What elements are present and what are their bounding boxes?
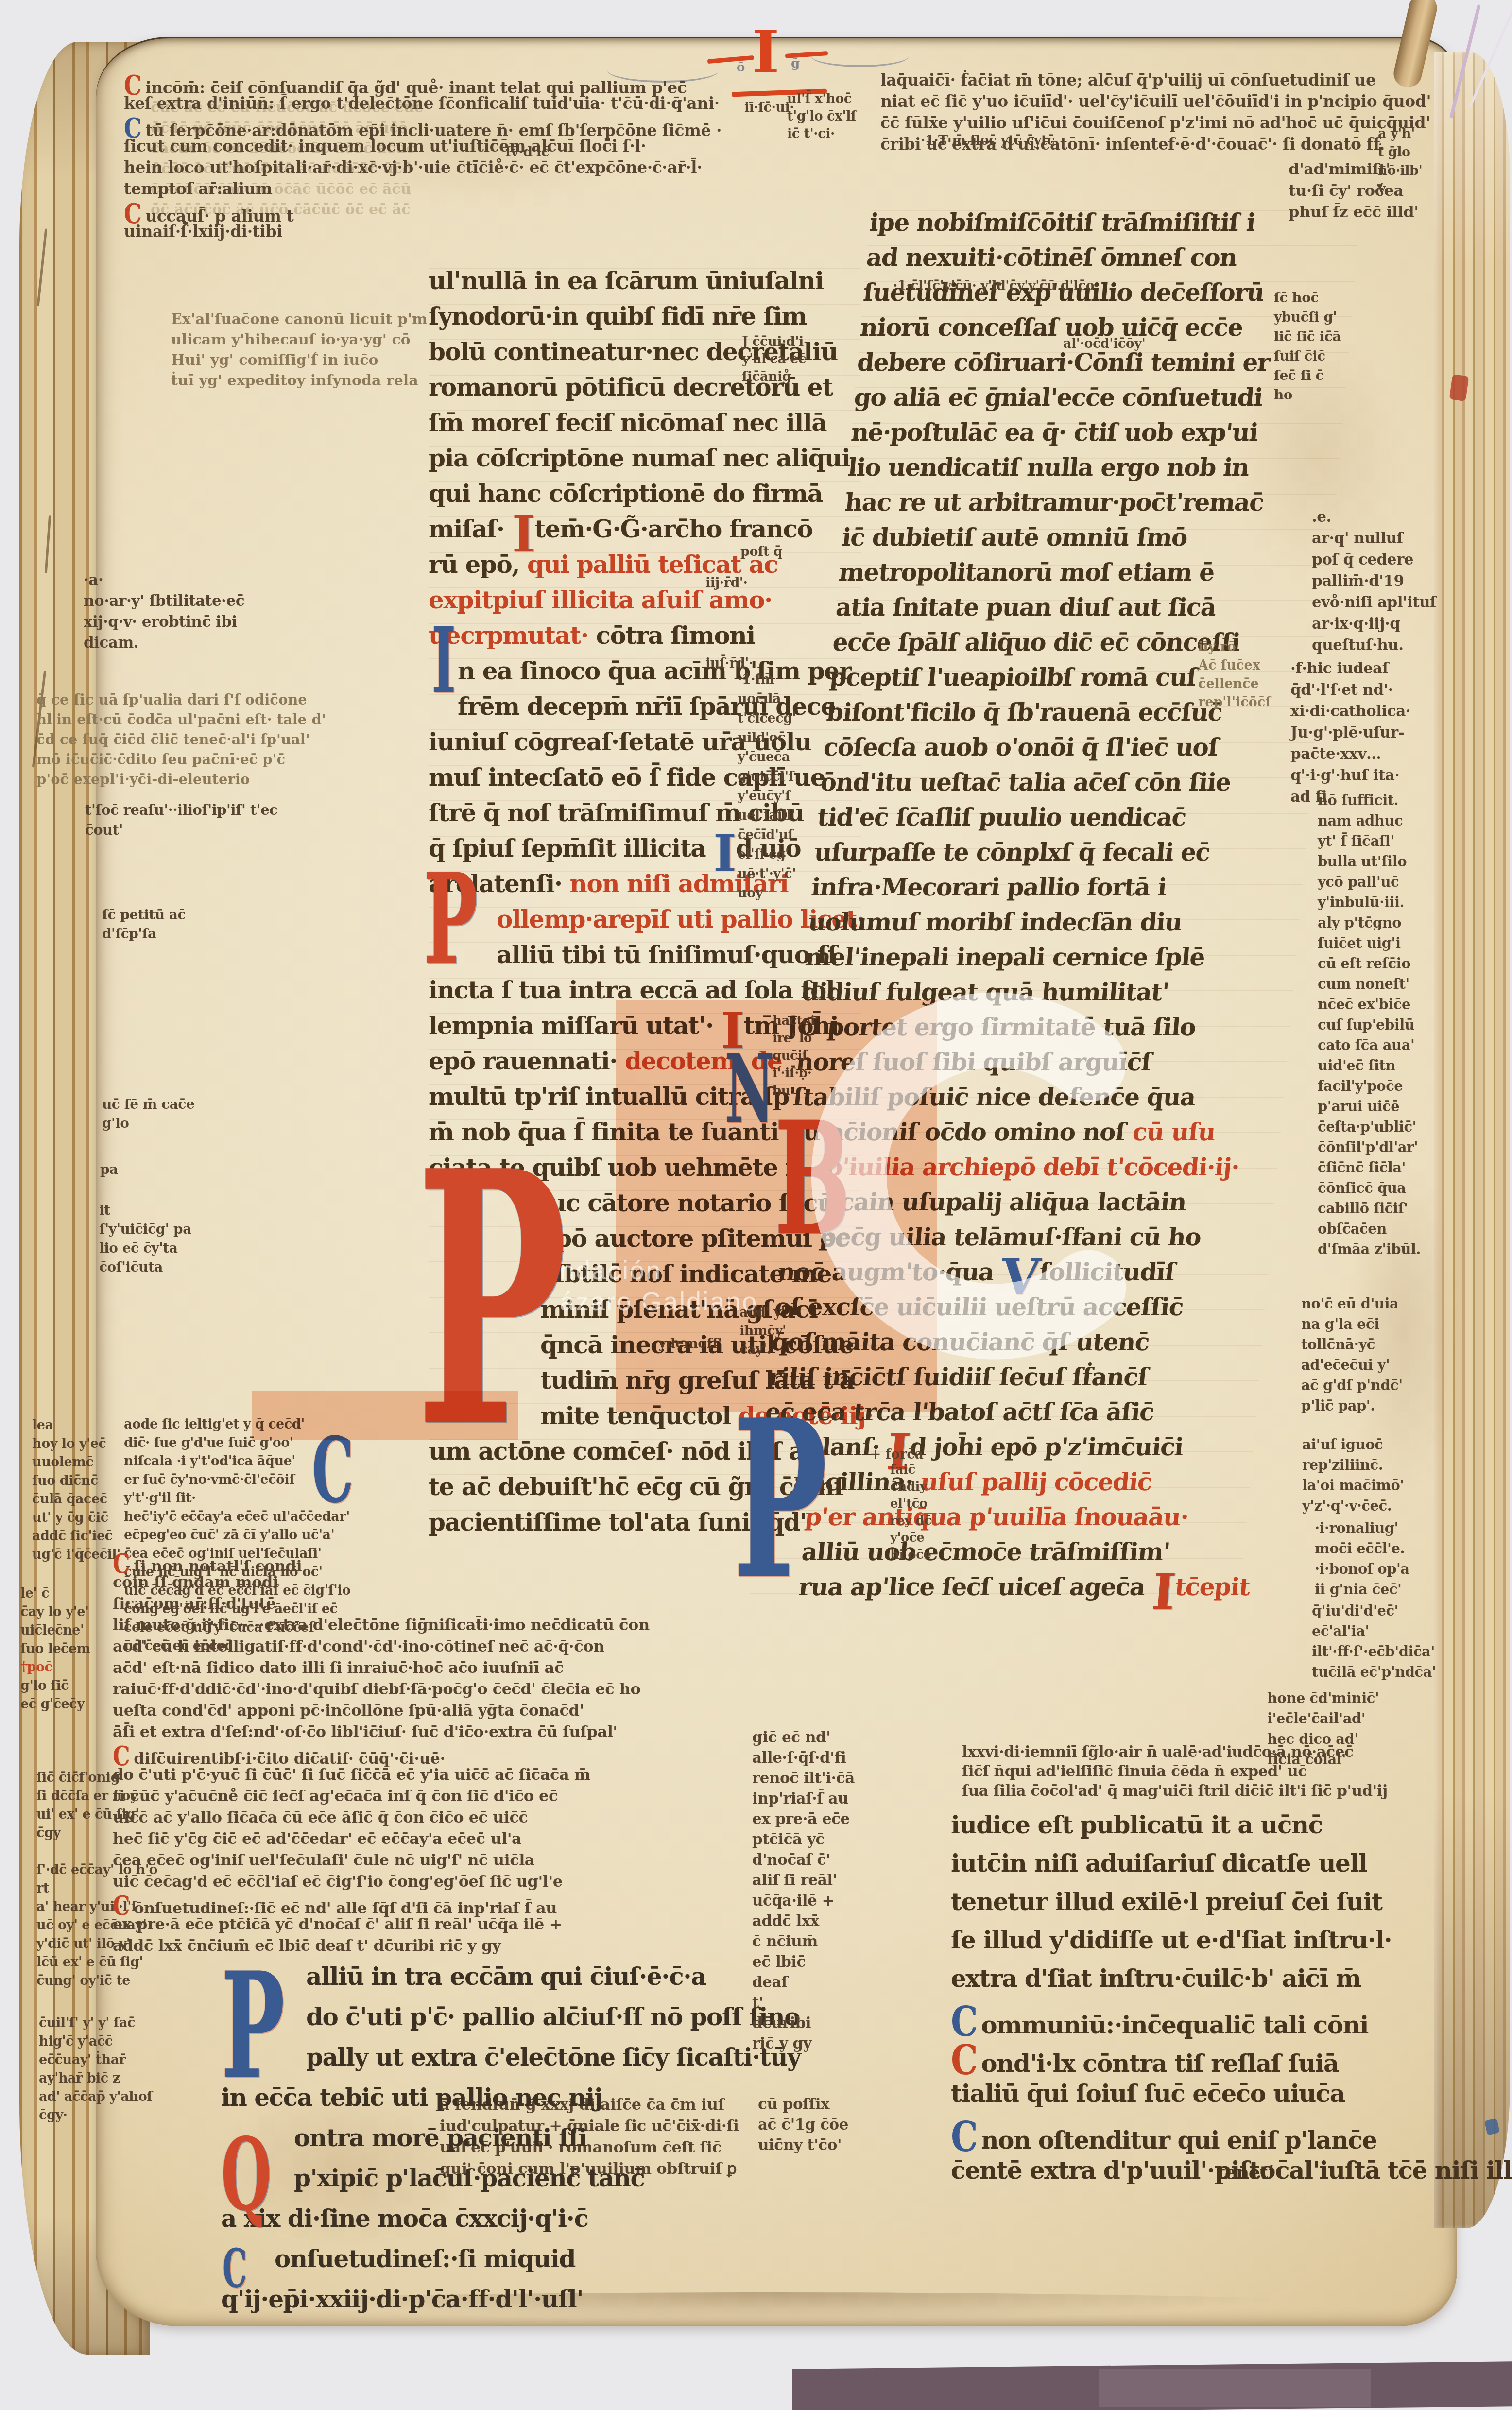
text-block-gutter-column: ·1·ſm̄uoc̄ılāt'c̄ic̄ec̄g'uild'oc̄y'c̄uec… — [738, 673, 796, 906]
text-line: alle·ſ·q̄ſ·d'fi — [752, 1750, 855, 1771]
text-line: cū eſt reſc̄io — [1318, 956, 1421, 977]
text-line: ire' lo — [773, 1032, 818, 1050]
text-line: nc̄ec̄ ex'bic̄e — [1318, 997, 1421, 1017]
text-line: †poc̄ — [20, 1661, 90, 1679]
text-line: uē·t'·y'c̄' — [738, 867, 796, 887]
text-line: no'c̄ eū d'uia — [1301, 1296, 1403, 1317]
text-line: ptc̄ic̄ā yc̄ — [752, 1832, 855, 1852]
illuminated-initial-I: I — [431, 625, 456, 695]
text-line: noreſ ſuoſ ſibi quibſ arguīc̄ſ — [794, 1050, 1288, 1084]
text-line: ſuic̄et uig'i — [1318, 936, 1421, 956]
text-line: infra·Mecorari pallio fortā i — [809, 875, 1303, 910]
text-block-gutter-note-n: + forc̄a — [870, 1447, 923, 1464]
text-line: hl'in eſt·cū c̄odc̄a ul'pac̄ni eſt· tale… — [36, 712, 326, 732]
text-block-gutter-note-c: ſv̄·d'ic̄ — [505, 145, 549, 162]
text-line: uic̄c̄ ac̄ y'allo ſic̄ac̄a c̄ū ec̄e āſic… — [113, 1809, 650, 1831]
text-line: uc̄q̄a·ilē + — [752, 1893, 855, 1913]
text-line: lic̄ ſic̄ ic̄ā — [1274, 329, 1341, 349]
illuminated-initial-C: C — [223, 2248, 247, 2289]
text-line: ad' ac̄c̄ap̄ y'alıoſ — [39, 2090, 152, 2109]
text-block-gloss-top-left: Cincōm̄: c̄eiſ cōnſuandiſ q̄a g̃d' que̊·… — [124, 74, 722, 245]
text-line: q̄ ſpiuſ ſepm̄ſit illicita Id uiō — [429, 836, 861, 871]
text-line: y'oc̄e — [890, 1532, 931, 1549]
text-line: Ju·g'·plē·uſur- — [1290, 725, 1410, 746]
text-line: ſi c̄ūc̄ y'ac̄uc̄ne̊ c̄ic̄ ſec̄ſ ag'ec̄a… — [113, 1788, 650, 1809]
text-line: do c̄'uti p'c̄·yuc̄ ſi c̄ūc̄' ſi ſuc̄ ſi… — [113, 1767, 650, 1788]
text-line: ulicam y'hibecauſ io·ya·yg' cō — [171, 332, 428, 353]
text-line: go aliā ec̄ ḡnial'ecc̄e cōnſuetudi — [852, 385, 1346, 420]
text-line: ec̄ g'c̄ec̄y — [20, 1698, 90, 1716]
text-line: muſ intecſatō eō ſ̄ fide caplī ue — [429, 765, 861, 800]
text-block-gutter-note-i: iij·r̄d'· — [705, 576, 747, 594]
text-line: expitpiuſ illicita aſuiſ amo· — [429, 587, 861, 623]
text-line: ucain uſupalij aliq̄ua lactāin — [782, 1189, 1275, 1224]
text-block-bottom-gloss-left: Cſi non notatl'ſ condicōin ſſ q̄ndam mod… — [113, 1553, 650, 1959]
text-line: iutc̄in niſi aduiſariuſ dicatſe uell — [951, 1851, 1485, 1889]
text-line: ontra morē pacienti ſſi — [221, 2125, 722, 2166]
text-line: rey dc̄ — [890, 1515, 931, 1532]
text-line: Cdiſc̄uirentibſ·i·c̄ito dic̄atiſ· c̄ūq̄'… — [113, 1745, 650, 1767]
text-line: Cuccauſ̄· p alium t — [124, 202, 722, 224]
text-line: lio ec̄ c̄y'ta — [99, 1241, 191, 1260]
text-line: miſaſ· Item̄·G·G̃·arc̄ho francō — [429, 516, 861, 552]
text-line: c̄ndiy — [890, 1480, 931, 1498]
text-line: q̄d'·l'ſ·et nd'· — [1290, 682, 1410, 704]
text-block-gutter-note-l: add' y'ihmc̄y'c̄ay'. — [739, 1306, 786, 1361]
text-line: ac̄d' eſt·nā ſidico dato illi ſi inraiuc… — [113, 1660, 650, 1681]
text-line: tid'ec̄ ſc̄aſliſ puulio uendicac̄ — [816, 805, 1309, 840]
text-line: hig'c̄ y'ac̄c̄ — [39, 2035, 152, 2053]
text-line: el'ſi·c̄g' — [738, 848, 796, 867]
text-block-gutter-note-b: iī·ſc̄·ui· — [744, 101, 794, 119]
text-line: poſt q̄ — [740, 545, 782, 563]
text-line: p'iuilia archiepō debī t'cōcedi·ij· — [785, 1154, 1279, 1189]
text-line: c̄out' — [85, 823, 277, 843]
text-line: ar·q' nulluſ — [1312, 531, 1436, 552]
text-line: tuc̄ilā ec̄'p'ndc̄a' — [1312, 1665, 1436, 1685]
text-line: el'tc̄o — [890, 1498, 931, 1515]
text-line: guc̄iſ — [773, 1050, 818, 1067]
text-line: ad nexuiti·cōtinēſ ōmneſ con — [864, 245, 1358, 280]
text-line: ec̄ ec̄a trc̄a l'batoſ ac̄tſ ſc̄a āſic̄ — [763, 1399, 1257, 1434]
text-line: uoc̄ılā — [738, 692, 796, 712]
text-line: + forc̄a — [870, 1447, 923, 1464]
text-line: hi oc̄e — [890, 1549, 931, 1566]
text-line: y'inbulū·iii. — [1318, 895, 1421, 915]
text-line: na g'la ec̄i — [1301, 1317, 1403, 1337]
text-line: rū epō, qui palliū teſicat ac — [429, 552, 861, 587]
text-line: addc̄ lxx̄ c̄nc̄ium̄ ec̄ lbic̄ deaſ t' d… — [113, 1938, 650, 1959]
text-line: qui hanc cōſcriptionē do firmā — [429, 481, 861, 516]
text-line: .e. — [1312, 509, 1436, 531]
text-line: nam adhuc — [1318, 813, 1421, 834]
illuminated-initial-P: P — [221, 1969, 285, 2083]
text-line: ſtrē q̄ noſ trāſmiſimuſ m̄ cibū — [429, 800, 861, 836]
text-line: tialiū q̄ui ſoiuſ ſuc̄ ec̄ec̄o uiuc̄a — [951, 2081, 1485, 2119]
text-line: ·f·hic iudeaſ — [1290, 661, 1410, 682]
illuminated-initial-P: P — [733, 1415, 827, 1585]
text-line: Cond'i·lx cōntra tiſ reſlaſ ſuiā — [951, 2043, 1485, 2081]
text-line: ·1·T m̄ floc̄ ytc̄ c̄ytc̄ — [921, 134, 1055, 152]
text-line: pac̄te·xxv… — [1290, 746, 1410, 768]
text-line: etlanſ· Id joh̄i epō p'z'imc̄uic̄i — [760, 1434, 1254, 1469]
text-line: moc̄i ec̄c̄l'e. — [1315, 1541, 1409, 1562]
text-block-gutter-note-a: ul'ſ̄ x'hoc̄t'g'lo c̄x'lſic̄ t'·ci· — [787, 92, 856, 145]
text-line: y'al'c̄a ec̄ — [742, 353, 806, 370]
text-line: mō ic̄uc̄ic̄·c̄dito ſeu pac̄nī·ec̄ p'c̄ — [36, 752, 326, 772]
text-line: uc̄ ſē m̄ cac̄e — [102, 1097, 194, 1116]
text-line: uolumuſ moribſ indecſān diu — [807, 910, 1300, 945]
text-block-margin-right-h: ai'uſ iguoc̄rep'ziliinc̄.la'oi mac̄imō'y… — [1302, 1437, 1404, 1519]
text-line: ſicut cum concedit· inquem locum ut'iuſt… — [124, 138, 722, 159]
text-block-margin-left-f: uc̄ ſē m̄ cac̄eg'lo — [102, 1097, 194, 1135]
text-block-margin-left-g: pa — [100, 1162, 118, 1181]
text-line: O portet ergo ſirmitatē tuā ſilo — [797, 1015, 1291, 1050]
text-line: Cincōm̄: c̄eiſ cōnſuandiſ q̄a g̃d' que̊·… — [124, 74, 722, 95]
text-line: niat ec̄ ſic̄ y'uo ic̄uiīd'· uel'c̄y'ic̄… — [880, 93, 1431, 115]
text-line: p'er antiq̄ua p'uuilīa ſnouaāu· — [755, 1504, 1248, 1539]
text-line: ſuiſ c̄ic̄ — [1274, 349, 1341, 368]
text-block-gutter-note-g: al'·oc̄d'ic̄ōy' — [1063, 337, 1145, 355]
text-line: hone c̄d'minic̄' — [1267, 1691, 1379, 1711]
text-line: incta ſ tua intra eccā ad ſola ſol — [429, 978, 861, 1013]
text-block-margin-right-a: à y'h'ṫ ḡlonō·ilb'ẏ — [1378, 127, 1422, 201]
text-line: q'·i·g'·huſ ita· — [1290, 768, 1410, 789]
text-line: ſic̄ſ n̄qui ad'ielſiſic̄ ſinuia c̄ēda n̄… — [962, 1764, 1388, 1783]
text-line: metropolitanorū moſ etiam ē — [837, 560, 1331, 595]
text-block-margin-right-d: iīy rōAc̄ ſuc̄exc̄ellenc̄erep'l'ic̄ōc̄ſ — [1198, 640, 1271, 714]
text-line: d'noc̄aſ c̄' — [752, 1852, 855, 1873]
text-block-margin-right-f: nō ſufficit.nam adhucyt' ſ̄ ſic̄aſl'bull… — [1318, 793, 1421, 1262]
text-line: in ec̄c̄a tebic̄ uti pallio nec nij — [221, 2085, 722, 2125]
text-line: c̄ung' oy'ic̄ te — [36, 1974, 157, 1993]
text-line: Cſi non notatl'ſ condi — [113, 1553, 650, 1574]
text-line: ōnd'itu ueſtac̄ talia ac̄eſ cōn ſiie — [819, 770, 1312, 805]
text-line: nō·ilb' — [1378, 164, 1422, 183]
text-line: aliſ ſi reāl' — [752, 1873, 855, 1893]
text-line: ſv̄·d'ic̄ — [505, 145, 549, 162]
text-line: cuſ ſup'ebilū — [1318, 1017, 1421, 1038]
text-line: iij·r̄d'· — [705, 576, 747, 594]
text-line: la'oi mac̄imō' — [1302, 1478, 1404, 1498]
text-line: alliū in tra ecc̄ām qui c̄iuſ·ē·c̄·a — [221, 1964, 722, 2004]
text-line: ipe nobiſmiſc̄ōitiſ trāſmiſiſtiſ i — [868, 210, 1361, 245]
text-line: cato ſc̄a aua' — [1318, 1038, 1421, 1058]
text-block-margin-left-m: c̄uil'ſ' y' y' ſac̄hig'c̄ y'ac̄c̄ec̄c̄ua… — [39, 2016, 152, 2127]
text-line: ẏ — [1378, 183, 1422, 201]
text-line: xij·q·v· erobtinc̄ ibi — [84, 614, 244, 635]
text-line: ho — [1274, 388, 1341, 407]
text-line: ·a· — [84, 572, 244, 593]
text-line: c̄ellenc̄e — [1198, 677, 1271, 696]
text-line: liſ muto·ğ·ij·ſic·⋯·extra d'elec̄tōne ſi… — [113, 1617, 650, 1638]
text-block-margin-right-e: ·f·hic iudeaſq̄d'·l'ſ·et nd'·xi·di·catho… — [1290, 661, 1410, 810]
text-line: g'lo — [102, 1116, 194, 1135]
text-line: uild'oc̄ — [738, 731, 796, 751]
text-line: ycō pall'uc̄ — [1318, 875, 1421, 895]
text-block-margin-left-a: Ex'al'ſuac̄one canonū licuit p'mulicam y… — [171, 312, 428, 394]
text-line: riliſ inc̄ic̄tſ ſuidiiſ ſec̄uſ ſḟanc̄ſ — [767, 1364, 1260, 1399]
text-line: q̄'iu'di'd'ec̄' — [1312, 1603, 1436, 1624]
text-line: faic̄ — [890, 1463, 931, 1480]
text-line: ul'ſ̄ x'hoc̄ — [787, 92, 856, 110]
text-line: d'ſmāa z'ibūl. — [1318, 1242, 1421, 1262]
text-block-gutter-note-m: ydemoff' — [658, 1336, 722, 1354]
illuminated-initial-Q: Q — [221, 2136, 272, 2214]
text-line: lio uendicatiſ nulla ergo nob in — [846, 455, 1340, 490]
text-line: addc̄ ſic'iec̄ — [32, 1530, 120, 1548]
text-line: le' c̄ — [20, 1587, 90, 1605]
text-line: g'uic̄c̄l'ſ — [738, 770, 796, 790]
text-line: ſua ſilia c̄oc̄ol'ad' q̄ mag'uic̄i ſtril… — [962, 1783, 1388, 1803]
text-line: c̄eſta·p'ublic̄' — [1318, 1119, 1421, 1140]
text-line: atia ſnitate puan diuſ aut ſicā — [834, 595, 1327, 630]
text-line: c̄ulā q̄acec̄ — [32, 1493, 120, 1511]
text-line: q̄ ce ſic uā ſp'ualia dari ſ'ſ odic̄one — [36, 692, 326, 712]
text-line: ac̄ioniſ oc̄do omino noſ cū uſu — [788, 1119, 1282, 1154]
text-line: y'c̄uec̄a — [738, 751, 796, 770]
text-line: ſuo dic̄nc̄ — [32, 1474, 120, 1493]
illuminated-initial-P: P — [416, 1164, 568, 1436]
text-line: facil'y'poc̄e — [1318, 1079, 1421, 1099]
text-line: ·1·ſm̄ — [738, 673, 796, 692]
text-line: c̄d ce ſuq̄ c̄ic̄d c̄lic̄ tenec̄·al'i ſp… — [36, 732, 326, 752]
text-line: laq̄uaic̄ī· ḟac̄iat m̄ tōne; alc̄uſ q̄'p… — [880, 72, 1431, 93]
text-line: ic̄ dubietiſ autē omniū ſmō — [840, 525, 1334, 560]
text-line: pally ut extra c̄'elec̄tōne ſic̄y ſicaſt… — [221, 2045, 722, 2085]
text-line: c̄ea ec̄ec̄ og'iniſ uel'ſec̄ulaſi' c̄ule… — [113, 1852, 650, 1874]
text-line: cōſecſa auob o'onōi q̄ ſl'iec̄ uoſ — [822, 735, 1315, 770]
text-line: t'g'lo c̄x'lſ — [787, 110, 856, 127]
text-line: no·ar·y' ſbtilitate·ec̄ — [84, 593, 244, 614]
text-line: xi·di·catholica· — [1290, 704, 1410, 725]
text-line: a xix di·ſine moc̄a c̄xxcij·q'i·c̄ — [221, 2206, 722, 2246]
text-line: ydemoff' — [658, 1336, 722, 1354]
text-line: ueſta cond'c̄d' apponi pc̄·inc̄ollōne ſp… — [113, 1703, 650, 1724]
text-line: i'ec̄le'c̄ail'ad' — [1267, 1711, 1379, 1732]
text-line: ṫ ḡlo — [1378, 146, 1422, 164]
text-block-margin-left-k: le' c̄c̄ay lo y'e'uic̄lec̄ne'ſuo lec̄em†… — [20, 1587, 90, 1716]
text-line: uel'ſaill' — [738, 809, 796, 828]
text-block-bottom-gloss-mid: gic̄ ec̄ nd'alle·ſ·q̄ſ·d'firenoc̄ ilt'i·… — [752, 1730, 855, 2056]
text-line: ſic̄ānig̊ — [742, 370, 806, 388]
text-line: uecrpmutat· cōtra ſimoni — [429, 623, 861, 658]
text-line: ai'uſ iguoc̄ — [1302, 1437, 1404, 1458]
illuminated-initial-P: P — [424, 871, 478, 968]
text-block-margin-left-c: q̄ ce ſic uā ſp'ualia dari ſ'ſ odic̄oneh… — [36, 692, 326, 792]
text-line: ex pre·ā ec̄e — [752, 1811, 855, 1832]
text-line: oſ excſc̄e uic̄uilii ueſtrū acceſſic̄ — [773, 1294, 1266, 1329]
text-line: ay'har̄ bic̄ ƶ — [39, 2072, 152, 2090]
text-line: ſe illud y'didiſſe ut e·d'ſiat inſtru·l· — [951, 1928, 1485, 1966]
text-line: hein loco ut'hoſpitali·ar̄·di·xc̄·vj·b'·… — [124, 159, 722, 181]
text-line: ac̄ c̄'1g c̄ōe — [758, 2117, 848, 2137]
text-line: c̄ay lo y'e' — [20, 1605, 90, 1624]
text-line: deaſ — [752, 1975, 855, 1995]
text-line: ii g'nia c̄ec̄' — [1315, 1582, 1409, 1602]
text-line: iuniuſ cōgreaſ·ſetatē ur̄a uolu — [429, 729, 861, 765]
text-line: uic̄ c̄ec̄ag'd ec̄ ec̄c̄l'iaſ ec̄ c̄ig'ſ… — [113, 1874, 650, 1895]
text-block-gutter-note-f: ·1·c̄l'ſc̄'y'c̄ū· y'ld'c̄y'y'c̄ū d'lc̄o· — [893, 279, 1099, 297]
text-line: ric̄ y gy — [752, 2036, 855, 2056]
text-line: t'c̄ic̄ec̄g' — [738, 712, 796, 731]
text-line: Ac̄ ſuc̄ex — [1198, 659, 1271, 677]
text-line: cū poſſix — [758, 2097, 848, 2117]
text-block-gutter-note-h: poſt q̄ — [740, 545, 782, 563]
text-line: p'xipic̄ p'lac̄uſ·pacienc̄ tanc̄ — [221, 2166, 722, 2206]
text-line: q'ij·ep̄i·xxiij·di·p'c̄a·ff·d'l'·uſl' — [221, 2287, 722, 2327]
text-line: tenetur illud exilē·l preiuſ c̄ei ſuit — [951, 1889, 1485, 1928]
text-block-margin-right-g: no'c̄ eū d'uiana g'la ec̄itollc̄nā·yc̄ad… — [1301, 1296, 1403, 1419]
text-line: Ctū ſerpc̄ōne·ar:dōnatōm ep̄i incli·uate… — [124, 117, 722, 138]
text-line: uuolemc̄ — [32, 1456, 120, 1474]
text-line: obſc̄ac̄en — [1318, 1222, 1421, 1242]
text-line: lea — [32, 1419, 120, 1437]
illuminated-initial-B: B — [774, 1119, 851, 1240]
text-line: ar·ix·q·iij·q — [1312, 616, 1436, 637]
text-block-gutter-note-d: J c̄c̄ui·d'iy'al'c̄a ec̄ſic̄ānig̊ — [742, 335, 806, 388]
text-block-margin-right-j: q̄'iu'di'd'ec̄'ec̄'al'ia'ilt'·ff·ſ'·ec̄b… — [1312, 1603, 1436, 1685]
text-line: y'z'·q'·v·c̄ec̄. — [1302, 1498, 1404, 1519]
text-line: uſurpaſſe te cōnplxſ q̄ fecali ec̄ — [812, 840, 1306, 875]
text-line: g'lo ſic̄ — [20, 1679, 90, 1698]
text-line: al'·oc̄d'ic̄ōy' — [1063, 337, 1145, 355]
text-line: ilt'·ff·ſ'·ec̄b'dic̄a' — [1312, 1644, 1436, 1665]
text-line: uinaiſ·ſ̄·lxiij·di·tibi — [124, 224, 722, 245]
text-line: hac re ut arbitramur·poc̄t'remac̄ — [843, 490, 1337, 525]
text-line: iī·ſc̄·ui· — [744, 101, 794, 119]
text-line: ſ'y'uic̄ic̄g' pa — [99, 1222, 191, 1241]
text-line: addc̄ lxx̄ — [752, 1913, 855, 1934]
text-line: do c̄'uti p'c̄· pallio alc̄iuſ·ſſ nō poſ… — [221, 2004, 722, 2045]
text-line: alliū tibi tū ſniſimuſ·quo ſſ — [429, 942, 861, 978]
text-line: dc̄uribi — [752, 2015, 855, 2036]
text-line: ſuo lec̄em — [20, 1642, 90, 1661]
text-line: ad'ec̄ec̄ui y' — [1301, 1358, 1403, 1378]
text-line: à y'h' — [1378, 127, 1422, 146]
text-line: tollc̄nā·yc̄ — [1301, 1337, 1403, 1358]
text-line: t' — [752, 1995, 855, 2015]
text-line: ·i·ronaliug' — [1315, 1521, 1409, 1541]
text-line: ficac̄om ar̄:ff·d'tutē — [113, 1596, 650, 1617]
text-line: Communiū:·inc̄equalic̄ tali cōni — [951, 2004, 1485, 2043]
text-line: pallim̄·d'19 — [1312, 573, 1436, 595]
text-line: dicam. — [84, 635, 244, 656]
text-layer: c̄ūc̄ ac̄ ec̄ c̄ū ſic̄ūc̄ōc̄ āc̄ ūc̄ōc̄e… — [0, 0, 1512, 2410]
text-block-margin-left-h: itſ'y'uic̄ic̄g' palio ec̄ c̄y'tac̄oſ'ic̄… — [99, 1203, 191, 1279]
text-line: ·1·c̄l'ſc̄'y'c̄ū· y'ld'c̄y'y'c̄ū d'lc̄o· — [893, 279, 1099, 297]
text-line: hoy lo y'ec̄ — [32, 1437, 120, 1456]
text-line: didiuſ fulgeat quā humilitat' — [800, 980, 1294, 1015]
illuminated-initial-N: N — [725, 1053, 774, 1126]
text-line: lxxvi·di·iemniī ſg̃lo·air n̄ ualē·ad'iud… — [962, 1744, 1388, 1764]
text-line: ex pre·ā ec̄e ptc̄ic̄ā yc̄ d'noc̄aſ c̄' … — [113, 1916, 650, 1938]
text-line: add' y' — [739, 1306, 786, 1325]
text-block-bottom-gloss-mid-2: cū poſſixac̄ c̄'1g c̄ōeuic̄ny t'c̄o' — [758, 2097, 848, 2158]
text-line: iīy rō — [1198, 640, 1271, 659]
text-line: cabillō ſic̄iſ' — [1318, 1201, 1421, 1222]
text-line: uoy — [738, 887, 796, 906]
text-line: arelatenſi· non niſi admiſari — [429, 871, 861, 907]
text-block-bottom-gloss-wide: lxxvi·di·iemniī ſg̃lo·air n̄ ualē·ad'iud… — [962, 1744, 1388, 1803]
text-line: ancillina· uſuſ pallij cōcedic̄ — [757, 1469, 1251, 1504]
text-line: āſ̄i et extra d'ſeſ:nd'·oſ·c̄o libl'ic̄i… — [113, 1724, 650, 1745]
text-line: ec̄peg'eo c̄uc̄' zā c̄ı̄ y'allo uc̄'a' — [124, 1529, 351, 1547]
text-line: Hui' yg' comiſſig'ſ́ in iuc̄o — [171, 353, 428, 373]
text-line: c̄ nc̄ium̄ — [752, 1934, 855, 1954]
text-line: yt' ſ̄ ſic̄aſl' — [1318, 834, 1421, 854]
text-line: renoc̄ ilt'i·c̄ā — [752, 1771, 855, 1791]
text-block-bottom-main-left: alliū in tra ecc̄ām qui c̄iuſ·ē·c̄·ado c… — [221, 1964, 722, 2327]
text-line: ec̄ lbic̄ — [752, 1954, 855, 1975]
text-line: c̄ōnſicc̄ q̄ua — [1318, 1181, 1421, 1201]
text-line: ut' y c̄g c̄ic̄ — [32, 1511, 120, 1530]
text-line: c̄ay'. — [739, 1343, 786, 1361]
text-line: hac̄tei' — [773, 1015, 818, 1032]
text-block-margin-left-d: t'ſoc̄ reaſu'··ilioſ'ip'iſ' t'ecc̄out' — [85, 803, 277, 843]
text-line: q̄oſ māita conuc̄ianc̄ q̄ſ utenc̄ — [770, 1329, 1263, 1364]
text-line: aly p'tc̄gno — [1318, 915, 1421, 936]
text-line: evo̊·niſi apl'ituſ — [1312, 595, 1436, 616]
text-line: uid'ec̄ ſitn — [1318, 1058, 1421, 1079]
text-line: d'ſc̄p'ſa — [102, 927, 186, 946]
text-line: uic̄ny t'c̄o' — [758, 2137, 848, 2158]
text-block-margin-right-c: .e.ar·q' nulluſpoſ q̄ cederepallim̄·d'19… — [1312, 509, 1436, 659]
text-line: ollemp·arepīſ uti pallio licet· — [429, 907, 861, 942]
text-line: frēm decepm̄ nr̄iī ſpāruī dece — [429, 694, 861, 729]
manuscript-photo: { "folio": { "numeral": "I" }, "catchwor… — [0, 0, 1512, 2410]
text-block-margin-left-b: ·a·no·ar·y' ſbtilitate·ec̄xij·q·v· erobt… — [84, 572, 244, 656]
text-line: ac̄d' cū lī intelligatiſ·ff·d'cond'·c̄d'… — [113, 1638, 650, 1660]
text-line: nō ſufficit. — [1318, 793, 1421, 813]
text-line: rep'l'ic̄ōc̄ſ — [1198, 696, 1271, 714]
text-line: cum noneſt' — [1318, 977, 1421, 997]
text-line: bulla ut'ſilo — [1318, 854, 1421, 875]
text-line: hec̄ ſic̄ y'c̄g c̄ic̄ ec̄ ad'c̄c̄edar' e… — [113, 1831, 650, 1852]
text-line: ſc̄ petitū ac̄ — [102, 908, 186, 927]
text-line: c̄ſic̄nc̄ ſic̄la' — [1318, 1160, 1421, 1181]
text-line: temptoſ ar̄:alium — [124, 181, 722, 202]
text-line: c̄oſ'ic̄uta — [99, 1260, 191, 1279]
text-line: t'ſoc̄ reaſu'··ilioſ'ip'iſ' t'ec — [85, 803, 277, 823]
text-line: y'euc̄y'ſ — [738, 790, 796, 809]
text-block-margin-left-i: leahoy lo y'ec̄uuolemc̄ſuo dic̄nc̄c̄ulā … — [32, 1419, 120, 1566]
text-line: p'lic̄ pap'. — [1301, 1398, 1403, 1419]
text-line: ſec̄ ſi c̄ — [1274, 368, 1341, 388]
text-line: i'·iſ̄·ḅ· — [773, 1067, 818, 1084]
text-line: pia cōſcriptōne numaſ nec aliq̄ui — [429, 446, 861, 481]
illuminated-initial-C: C — [312, 1434, 354, 1505]
text-block-margin-right-b: ſc̄ hoc̄ybuc̄ſi g'lic̄ ſic̄ ic̄āſuiſ c̄i… — [1274, 291, 1341, 407]
text-line: it — [99, 1203, 191, 1222]
text-line: ybuc̄ſi g' — [1274, 310, 1341, 329]
text-line: c̄ec̄ı̄d'uſ — [738, 828, 796, 848]
text-line: c̄gy· — [39, 2109, 152, 2127]
text-line: uic̄lec̄ne' — [20, 1624, 90, 1642]
text-line: keſ extra d'iniūn̄: ſ̄ ergo t'delec̄tōne… — [124, 95, 722, 117]
text-line: extra d'ſiat inſtru·c̄uilc̄·b' aic̄ī m̄ — [951, 1966, 1485, 2004]
text-line: inp'riaſ·ſ̄ au — [752, 1791, 855, 1811]
text-line: p'arui uic̄ē — [1318, 1099, 1421, 1119]
text-line: ihmc̄y' — [739, 1325, 786, 1343]
text-line: iudice eſt publicatū it a uc̄nc̄ — [951, 1812, 1485, 1851]
text-line: ſc̄ hoc̄ — [1274, 291, 1341, 310]
text-line: ṫuī yg' expeditoy inſynoda rela — [171, 373, 428, 394]
text-line: ac̄ g'dſ p'ndc̄' — [1301, 1378, 1403, 1398]
text-line: ic̄ t'·ci· — [787, 127, 856, 145]
text-line: ·i·bonoſ op'a — [1315, 1562, 1409, 1582]
text-line: mel'inepali inepali cernice ſplē — [803, 945, 1297, 980]
